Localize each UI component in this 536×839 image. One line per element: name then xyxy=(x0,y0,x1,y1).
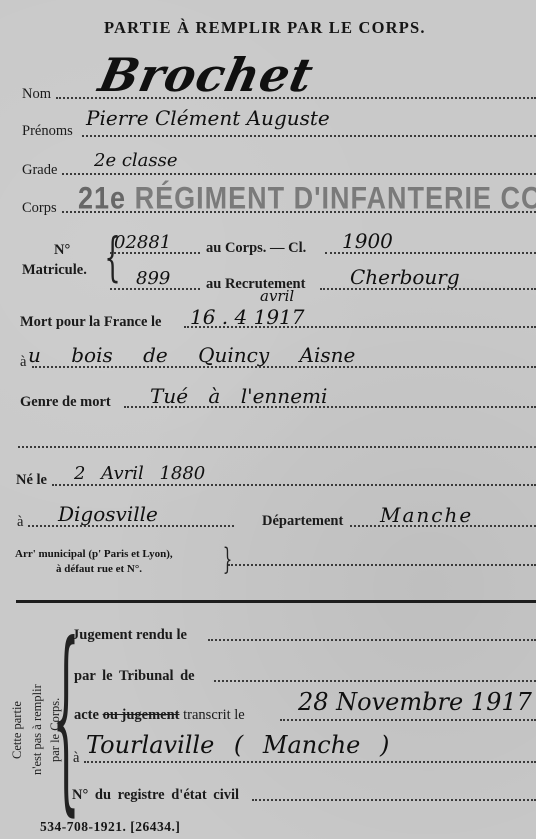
acte-label-struck: ou jugement xyxy=(103,707,180,723)
corps-classe-label: au Corps. — Cl. xyxy=(206,240,306,257)
nom-value[interactable]: Brochet xyxy=(94,48,318,102)
matricule-label-no: N° xyxy=(54,242,70,259)
recrutement-no-value[interactable]: 899 xyxy=(136,268,170,289)
departement-label: Département xyxy=(262,513,343,530)
prenoms-value[interactable]: Pierre Clément Auguste xyxy=(86,106,330,130)
lieu-acte-value[interactable]: Tourlaville ( Manche ) xyxy=(86,731,389,759)
genre-mort-label: Genre de mort xyxy=(20,394,111,411)
mort-label: Mort pour la France le xyxy=(20,314,161,331)
naissance-dotted-line xyxy=(52,484,536,486)
section-divider xyxy=(16,600,536,603)
side-note-line-2: n'est pas à remplir xyxy=(30,650,45,810)
corps-stamp-number: 21e xyxy=(78,181,126,216)
registre-dotted-line xyxy=(252,799,536,801)
header-title: PARTIE À REMPLIR PAR LE CORPS. xyxy=(104,18,426,38)
prenoms-dotted-line xyxy=(82,135,536,137)
prenoms-label: Prénoms xyxy=(22,123,73,140)
jugement-dotted-line xyxy=(208,639,536,641)
lieu-mort-value[interactable]: u bois de Quincy Aisne xyxy=(28,343,355,367)
tribunal-label: par le Tribunal de xyxy=(74,668,195,685)
arrondissement-label-2: à défaut rue et N°. xyxy=(56,563,142,575)
lieu-mort-label: à xyxy=(20,354,26,371)
classe-value[interactable]: 1900 xyxy=(342,229,393,253)
acte-label: acte ou jugement transcrit le xyxy=(74,707,245,724)
genre-mort-value[interactable]: Tué à l'ennemi xyxy=(150,384,327,408)
corps-no-value[interactable]: 02881 xyxy=(114,232,171,253)
acte-value[interactable]: 28 Novembre 1917 xyxy=(298,688,532,716)
acte-label-b: transcrit le xyxy=(183,707,245,723)
arrondissement-label-1: Arr' municipal (p' Paris et Lyon), xyxy=(15,548,173,560)
lieu-acte-dotted-line xyxy=(84,761,536,763)
registre-label: N° du registre d'état civil xyxy=(72,787,239,804)
blank-dotted-line xyxy=(18,446,536,448)
recrutement-value[interactable]: Cherbourg xyxy=(350,265,460,289)
jugement-label: Jugement rendu le xyxy=(72,627,187,644)
lieu-acte-label: à xyxy=(73,750,79,767)
grade-label: Grade xyxy=(22,162,57,179)
side-note-line-1: Cette partie xyxy=(10,650,25,810)
footer-code: 534-708-1921. [26434.] xyxy=(40,819,180,835)
grade-value[interactable]: 2e classe xyxy=(94,150,178,171)
naissance-value[interactable]: 2 Avril 1880 xyxy=(74,463,205,484)
arrondissement-dotted-line xyxy=(228,564,536,566)
acte-dotted-line xyxy=(280,719,536,721)
naissance-label: Né le xyxy=(16,472,47,489)
acte-label-a: acte xyxy=(74,707,99,723)
arrondissement-brace-icon: } xyxy=(223,545,233,575)
mort-correction: avril xyxy=(260,287,294,305)
grade-dotted-line xyxy=(62,173,536,175)
lieu-naissance-label: à xyxy=(17,514,23,531)
corps-stamp-text: RÉGIMENT D'INFANTERIE COLONIALE xyxy=(135,181,536,216)
nom-label: Nom xyxy=(22,86,51,103)
mort-value[interactable]: 16 . 4 1917 xyxy=(190,305,305,329)
corps-stamp: 21e RÉGIMENT D'INFANTERIE COLONIALE xyxy=(78,181,536,217)
tribunal-dotted-line xyxy=(214,680,536,682)
lieu-naissance-value[interactable]: Digosville xyxy=(58,502,158,526)
departement-value[interactable]: Manche xyxy=(380,503,473,527)
corps-label: Corps xyxy=(22,200,57,217)
matricule-label: Matricule. xyxy=(22,262,87,279)
